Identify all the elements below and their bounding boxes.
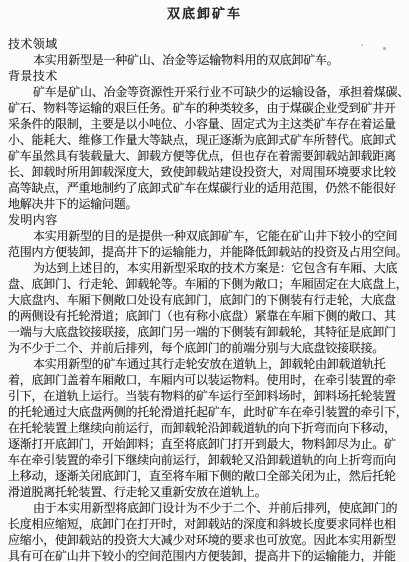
document-line: 具有可在矿山井下较小的空间范围内方便装卸，提高井下的运输能力，并能: [8, 548, 409, 562]
scanned-document-page: 双底卸矿车 技术领域本实用新型是一种矿山、冶金等运输物料用的双底卸矿车。背景技术…: [0, 0, 409, 562]
document-line: 一端与大底盘铰接联接，底卸门另一端的下侧装有卸载轮，其特征是底卸门: [8, 324, 409, 340]
scan-speckle: [361, 44, 363, 46]
section-heading: 发明内容: [8, 212, 409, 228]
document-line: 长度相应缩短，底卸门在打开时，对卸载站的深度和斜坡长度要求同样也相: [8, 516, 409, 532]
document-line: 本实用新型的目的是提供一种双底卸矿车，它能在矿山井下较小的空间: [8, 228, 409, 244]
document-line: 本实用新型是一种矿山、冶金等运输物料用的双底卸矿车。: [8, 52, 409, 68]
document-line: 应缩小，使卸载站的投资大大减少对环境的要求也可放宽。因此本实用新型: [8, 532, 409, 548]
document-line: 上移动，逐渐关闭底卸门，直至将车厢下侧的敞口全部关闭为止，然后托轮: [8, 468, 409, 484]
section-heading: 技术领域: [8, 36, 409, 52]
document-line: 在托轮装置上继续向前运行，而卸载轮沿卸载道轨的向下折弯而向下移动，: [8, 420, 409, 436]
document-line: 大底盘内、车厢下侧敞口处设有底卸门，底卸门的下侧装有行走轮，大底盘: [8, 292, 409, 308]
document-line: 高等缺点，严重地制约了底卸式矿车在煤碳行业的适用范围，仍然不能很好: [8, 180, 409, 196]
document-line: 本实用新型的矿车通过其行走轮安放在道轨上，卸载轮由卸载道轨托: [8, 356, 409, 372]
document-line: 逐渐打开底卸门，开始卸料；直至将底卸门打开到最大，物料卸尽为止。矿: [8, 436, 409, 452]
document-line: 矿车是矿山、冶金等资源性开采行业不可缺少的运输设备，承担着煤碳、: [8, 84, 409, 100]
document-line: 引下，在道轨上运行。当装有物料的矿车运行至卸料场时，卸料场托轮装置: [8, 388, 409, 404]
document-line: 车在牵引装置的牵引下继续向前运行，卸载轮又沿卸载道轨的向上折弯而向: [8, 452, 409, 468]
scan-speckle: [383, 47, 386, 50]
document-line: 采条件的限制，主要是以小吨位、小容量、固定式为主这类矿车存在着运量: [8, 116, 409, 132]
document-line: 矿石、物料等运输的艰巨任务。矿车的种类较多，由于煤碳企业受到矿井开: [8, 100, 409, 116]
document-line: 滑道脱离托轮装置、行走轮又重新安放在道轨上。: [8, 484, 409, 500]
document-line: 长、卸载时所用卸载深度大，致使卸载站建设投资大，对周围环境要求比较: [8, 164, 409, 180]
section-heading: 背景技术: [8, 68, 409, 84]
document-line: 的托轮通过大底盘两侧的托轮滑道托起矿车，此时矿车在牵引装置的牵引下，: [8, 404, 409, 420]
document-body: 技术领域本实用新型是一种矿山、冶金等运输物料用的双底卸矿车。背景技术矿车是矿山、…: [8, 36, 409, 562]
document-content: 双底卸矿车 技术领域本实用新型是一种矿山、冶金等运输物料用的双底卸矿车。背景技术…: [0, 0, 409, 562]
document-line: 为达到上述目的，本实用新型采取的技术方案是：它包含有车厢、大底: [8, 260, 409, 276]
document-line: 着，底卸门盖着车厢敞口，车厢内可以装运物料。使用时，在牵引装置的牵: [8, 372, 409, 388]
document-line: 范围内方便装卸，提高井下的运输能力，并能降低卸载站的投资及占用空间。: [8, 244, 409, 260]
document-line: 小、能耗大、维修工作量大等缺点，现正逐渐为底卸式矿车所替代。底卸式: [8, 132, 409, 148]
document-line: 矿车虽然具有装载量大、卸载方便等优点，但也存在着需要卸载站卸载距离: [8, 148, 409, 164]
document-line: 的两侧设有托轮滑道；底卸门（也有称小底盘）紧靠在车厢下侧的敞口、其: [8, 308, 409, 324]
document-line: 地解决井下的运输问题。: [8, 196, 409, 212]
document-line: 由于本实用新型将底卸门设计为不少于二个、并前后排列，使底卸门的: [8, 500, 409, 516]
document-title: 双底卸矿车: [8, 6, 401, 22]
document-line: 为不少于二个、并前后排列，每个底卸门的前端分别与大底盘铰接联接。: [8, 340, 409, 356]
document-line: 盘、底卸门、行走轮、卸载轮等。车厢的下侧为敞口；车厢固定在大底盘上，: [8, 276, 409, 292]
